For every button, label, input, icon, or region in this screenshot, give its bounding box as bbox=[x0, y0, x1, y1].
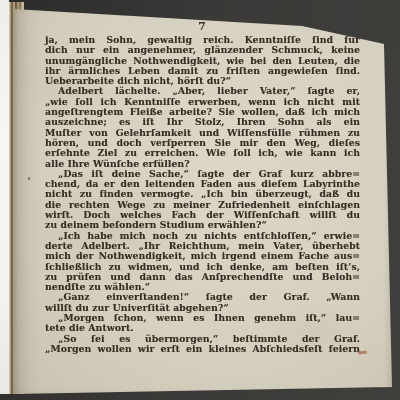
book-photo: 7 ja, mein Sohn, gewaltig reich. Kenntni… bbox=[0, 0, 400, 400]
page-number: 7 bbox=[45, 20, 360, 33]
page-text: ja, mein Sohn, gewaltig reich. Kenntniſſ… bbox=[45, 36, 360, 355]
text-line: „Morgen wollen wir erſt ein kleines Abſc… bbox=[45, 345, 360, 355]
paper-speck bbox=[187, 16, 191, 18]
text-line: mich der Nothwendigkeit, mich irgend ein… bbox=[45, 252, 360, 262]
paper-speck bbox=[28, 177, 30, 180]
book-page: 7 ja, mein Sohn, gewaltig reich. Kenntni… bbox=[12, 0, 396, 400]
ink-mark bbox=[358, 351, 367, 355]
scan-margin-strip bbox=[0, 0, 9, 394]
